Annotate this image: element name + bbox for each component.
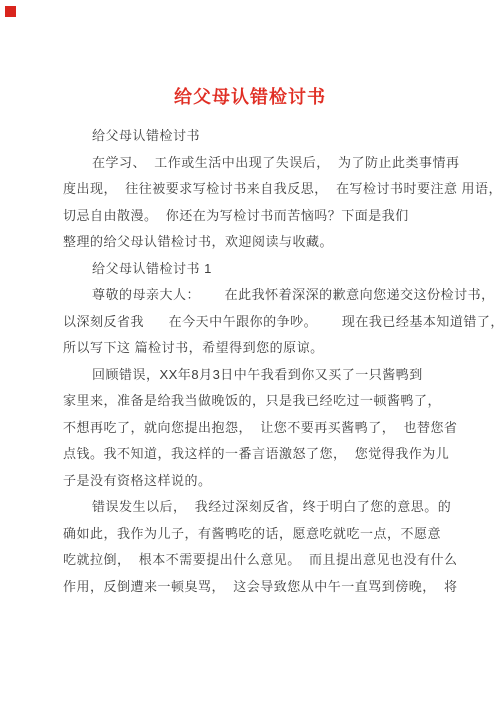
text-line: 确如此，我作为儿子，有酱鸭吃的话，愿意吃就吃一点，不愿意 [63, 521, 500, 548]
text-line: 子是没有资格这样说的。 [63, 468, 500, 495]
red-square-marker [5, 6, 16, 17]
text-line: 点钱。我不知道，我这样的一番言语激怒了您， 您觉得我作为儿 [63, 441, 500, 468]
text-line: 错误发生以后， 我经过深刻反省，终于明白了您的意思。的 [63, 494, 500, 521]
text-line: 给父母认错检讨书 [63, 123, 500, 150]
section-heading: 给父母认错检讨书 1 [63, 256, 500, 283]
text-line: 整理的给父母认错检讨书，欢迎阅读与收藏。 [63, 229, 500, 256]
text-line: 尊敬的母亲大人： 在此我怀着深深的歉意向您递交这份检讨书， [63, 282, 500, 309]
text-line: 家里来，准备是给我当做晚饭的，只是我已经吃过一顿酱鸭了， [63, 388, 500, 415]
text-line: 切忌自由散漫。 你还在为写检讨书而苦恼吗？下面是我们 [63, 203, 500, 230]
page-title: 给父母认错检讨书 [0, 0, 500, 109]
text-line: 度出现， 往往被要求写检讨书来自我反思， 在写检讨书时要注意 用语， [63, 176, 500, 203]
text-line: 作用，反倒遭来一顿臭骂， 这会导致您从中午一直骂到傍晚， 将 [63, 574, 500, 601]
text-line: 以深刻反省我 在今天中午跟你的争吵。 现在我已经基本知道错了， [63, 309, 500, 336]
text-line: 在学习、 工作或生活中出现了失误后， 为了防止此类事情再 [63, 150, 500, 177]
document-page: 给父母认错检讨书 给父母认错检讨书 在学习、 工作或生活中出现了失误后， 为了防… [0, 0, 500, 708]
text-line: 所以写下这 篇检讨书，希望得到您的原谅。 [63, 335, 500, 362]
document-body: 给父母认错检讨书 在学习、 工作或生活中出现了失误后， 为了防止此类事情再 度出… [63, 123, 500, 600]
text-line: 回顾错误，XX年8月3日中午我看到你又买了一只酱鸭到 [63, 362, 500, 389]
text-line: 吃就拉倒， 根本不需要提出什么意见。 而且提出意见也没有什么 [63, 547, 500, 574]
text-line: 不想再吃了，就向您提出抱怨， 让您不要再买酱鸭了， 也替您省 [63, 415, 500, 442]
